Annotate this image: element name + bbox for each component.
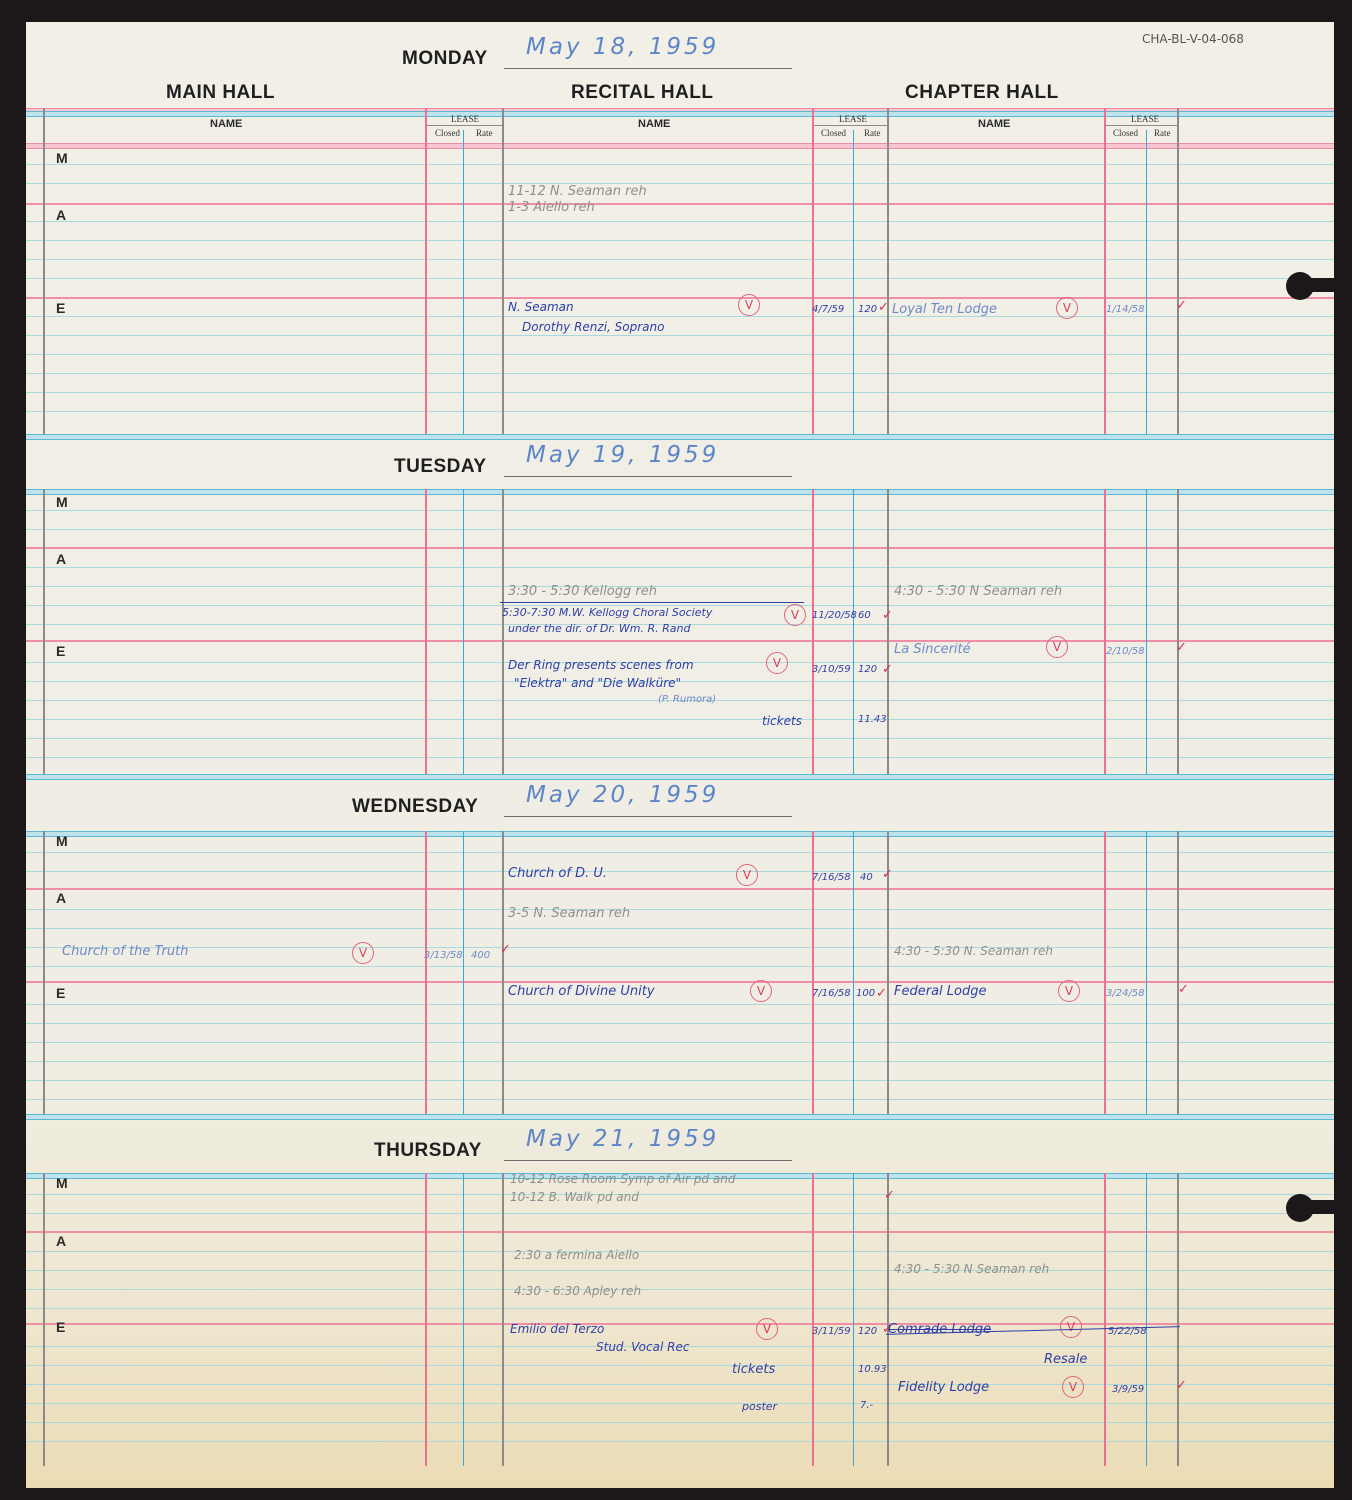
ruling-line — [26, 1323, 1334, 1325]
ruling-line — [26, 1114, 1334, 1120]
column-line — [502, 108, 504, 434]
tick-icon: ✓ — [882, 662, 893, 677]
lease-rate-wed-recital-1: 40 — [860, 872, 873, 883]
ruling-line — [26, 719, 1334, 720]
ruling-line — [26, 1061, 1334, 1062]
tick-icon: ✓ — [878, 300, 889, 315]
date-line-wednesday: May 20, 1959 — [504, 788, 792, 817]
date-wednesday: May 20, 1959 — [526, 782, 719, 808]
ruling-line — [26, 871, 1334, 872]
column-line — [425, 108, 427, 434]
ruling-line — [26, 852, 1334, 853]
ruling-line — [26, 1042, 1334, 1043]
ruling-line — [26, 1231, 1334, 1233]
lease-closed-mon-recital: 4/7/59 — [812, 304, 844, 315]
date-line-thursday: May 21, 1959 — [504, 1132, 792, 1161]
ruling-line — [26, 1403, 1334, 1404]
period-a-thursday: A — [56, 1233, 66, 1249]
ruling-line — [26, 586, 1334, 587]
column-line — [43, 108, 45, 434]
ruling-line — [26, 278, 1334, 279]
ruling-line — [26, 1270, 1334, 1271]
ruling-line — [26, 1023, 1334, 1024]
lease-closed-thu-recital: 3/11/59 — [812, 1326, 851, 1337]
entry-tue-recital-3: Der Ring presents scenes from — [508, 658, 694, 672]
ruling-line — [26, 183, 1334, 184]
ruling-line — [26, 1194, 1334, 1195]
check-circle-icon: V — [750, 980, 772, 1002]
ruling-line — [26, 373, 1334, 374]
entry-wed-chapter-2: Federal Lodge — [894, 984, 986, 999]
entry-wed-recital-2: 3-5 N. Seaman reh — [508, 906, 630, 921]
ruling-line — [26, 1289, 1334, 1290]
entry-thu-recital-5: Emilio del Terzo — [510, 1322, 604, 1336]
column-line — [853, 831, 854, 1114]
entry-tue-chapter-2: La Sincerité — [894, 642, 971, 657]
column-line — [425, 1173, 427, 1466]
column-header-closed-recital: Closed — [821, 128, 846, 138]
ruling-line — [26, 567, 1334, 568]
check-circle-icon: V — [1060, 1316, 1082, 1338]
ruling-line — [26, 1213, 1334, 1214]
column-header-rate-main: Rate — [476, 128, 493, 138]
entry-mon-recital-3: N. Seaman — [508, 300, 574, 314]
tick-icon: ✓ — [500, 942, 511, 957]
lease-header-divider — [1106, 125, 1177, 126]
ruling-line — [26, 947, 1334, 948]
lease-rate-thu-recital: 120 — [858, 1326, 877, 1337]
ruling-line — [26, 510, 1334, 511]
column-header-lease-main: LEASE — [451, 114, 479, 124]
check-circle-icon: V — [736, 864, 758, 886]
column-line — [1104, 1173, 1106, 1466]
ruling-line — [26, 1004, 1334, 1005]
ruling-line — [26, 1422, 1334, 1423]
entry-thu-recital-tickets: tickets — [732, 1362, 775, 1377]
ruling-line — [26, 966, 1334, 967]
column-line — [1146, 831, 1147, 1114]
ruling-line — [26, 240, 1334, 241]
hall-title-main: MAIN HALL — [166, 82, 275, 104]
lease-header-divider — [814, 125, 887, 126]
ruling-line — [26, 1308, 1334, 1309]
period-m-thursday: M — [56, 1175, 68, 1191]
column-header-lease-recital: LEASE — [839, 114, 867, 124]
lease-rate-thu-tickets: 10.93 — [858, 1364, 887, 1375]
entry-tue-chapter-1: 4:30 - 5:30 N Seaman reh — [894, 584, 1062, 599]
period-a-wednesday: A — [56, 890, 66, 906]
column-line — [887, 1173, 889, 1466]
column-line — [463, 831, 464, 1114]
reference-number: CHA-BL-V-04-068 — [1142, 32, 1244, 46]
period-m-wednesday: M — [56, 833, 68, 849]
lease-rate-tue-recital-1: 60 — [858, 610, 871, 621]
column-header-lease-chapter: LEASE — [1131, 114, 1159, 124]
entry-mon-recital-2: 1-3 Aiello reh — [508, 200, 595, 215]
tick-icon: ✓ — [1176, 640, 1187, 655]
check-circle-icon: V — [756, 1318, 778, 1340]
ruling-line — [26, 297, 1334, 299]
ruling-line — [26, 143, 1334, 149]
entry-wed-main-1: Church of the Truth — [62, 944, 188, 959]
binder-slot — [1304, 1200, 1334, 1214]
entry-thu-chapter-1: 4:30 - 5:30 N Seaman reh — [894, 1262, 1049, 1276]
check-circle-icon: V — [766, 652, 788, 674]
tick-icon: ✓ — [876, 986, 887, 1001]
column-header-rate-recital: Rate — [864, 128, 881, 138]
entry-wed-chapter-1: 4:30 - 5:30 N. Seaman reh — [894, 944, 1053, 958]
column-line — [887, 108, 889, 434]
period-e-thursday: E — [56, 1319, 65, 1335]
ruling-line — [26, 1251, 1334, 1252]
ruling-line — [26, 888, 1334, 890]
lease-rate-wed-recital-2: 100 — [856, 988, 875, 999]
column-line — [1177, 1173, 1179, 1466]
lease-rate-mon-recital: 120 — [858, 304, 877, 315]
column-header-name-recital: NAME — [638, 118, 670, 130]
ruling-line — [26, 774, 1334, 780]
hall-title-chapter: CHAPTER HALL — [905, 82, 1059, 104]
check-circle-icon: V — [1058, 980, 1080, 1002]
day-label-thursday: THURSDAY — [374, 1140, 482, 1162]
column-line — [502, 489, 504, 774]
ruling-line — [26, 489, 1334, 495]
entry-wed-recital-3: Church of Divine Unity — [508, 984, 655, 999]
column-line — [463, 130, 464, 434]
entry-tue-recital-3-detail: "Elektra" and "Die Walküre" — [514, 676, 681, 690]
column-line — [1177, 489, 1179, 774]
ruling-line — [26, 1099, 1334, 1100]
entry-thu-chapter-3: Fidelity Lodge — [898, 1380, 989, 1395]
lease-rate-thu-poster: 7.- — [860, 1400, 873, 1411]
ruling-line — [26, 316, 1334, 317]
lease-rate-wed-main: 400 — [471, 950, 490, 961]
column-line — [43, 831, 45, 1114]
column-line — [812, 108, 814, 434]
hall-title-recital: RECITAL HALL — [571, 82, 714, 104]
period-e-tuesday: E — [56, 643, 65, 659]
ruling-line — [26, 547, 1334, 549]
entry-mon-recital-3-detail: Dorothy Renzi, Soprano — [522, 320, 664, 334]
ruling-line — [26, 909, 1334, 910]
lease-closed-wed-recital-2: 7/16/58 — [812, 988, 851, 999]
column-line — [1146, 1173, 1147, 1466]
column-line — [1146, 130, 1147, 434]
tick-icon: ✓ — [884, 1188, 895, 1203]
ruling-line — [26, 529, 1334, 530]
ruling-line — [26, 928, 1334, 929]
period-e-monday: E — [56, 300, 65, 316]
date-tuesday: May 19, 1959 — [526, 442, 719, 468]
column-line — [502, 831, 504, 1114]
check-circle-icon: V — [738, 294, 760, 316]
column-header-name-chapter: NAME — [978, 118, 1010, 130]
column-line — [43, 1173, 45, 1466]
lease-closed-tue-chapter: 2/10/58 — [1106, 646, 1145, 657]
check-circle-icon: V — [784, 604, 806, 626]
ruling-line — [26, 1365, 1334, 1366]
lease-rate-tue-tickets: 11.43 — [858, 714, 887, 725]
date-thursday: May 21, 1959 — [526, 1126, 719, 1152]
entry-tue-recital-2: 5:30-7:30 M.W. Kellogg Choral Society — [502, 606, 712, 619]
entry-thu-recital-poster: poster — [742, 1400, 777, 1413]
day-label-monday: MONDAY — [402, 48, 488, 70]
ruling-line — [26, 981, 1334, 983]
column-line — [1177, 108, 1179, 434]
column-line — [812, 1173, 814, 1466]
tick-icon: ✓ — [882, 867, 893, 882]
entry-thu-recital-2: 10-12 B. Walk pd and — [510, 1190, 639, 1204]
check-circle-icon: V — [1062, 1376, 1084, 1398]
binder-slot — [1304, 278, 1334, 292]
column-line — [43, 489, 45, 774]
entry-thu-recital-1: 10-12 Rose Room Symp of Air pd and — [510, 1172, 735, 1186]
check-circle-icon: V — [1056, 297, 1078, 319]
ruling-line — [26, 411, 1334, 412]
period-m-tuesday: M — [56, 494, 68, 510]
separator-line — [500, 602, 804, 603]
ruling-line — [26, 354, 1334, 355]
ruling-line — [26, 335, 1334, 336]
ruling-line — [26, 831, 1334, 837]
tick-icon: ✓ — [1176, 298, 1187, 313]
lease-closed-tue-recital-1: 11/20/58 — [812, 610, 857, 621]
tick-icon: ✓ — [882, 608, 893, 623]
ruling-line — [26, 434, 1334, 440]
column-line — [463, 1173, 464, 1466]
ruling-line — [26, 757, 1334, 758]
lease-closed-thu-chapter-2: 3/9/59 — [1112, 1384, 1144, 1395]
lease-closed-wed-chapter: 3/24/58 — [1106, 988, 1145, 999]
column-line — [502, 1173, 504, 1466]
entry-thu-recital-4: 4:30 - 6:30 Apley reh — [514, 1284, 641, 1298]
entry-thu-chapter-2-struck: Comrade Lodge — [888, 1322, 991, 1337]
date-line-tuesday: May 19, 1959 — [504, 448, 792, 477]
day-label-tuesday: TUESDAY — [394, 456, 487, 478]
column-header-closed-main: Closed — [435, 128, 460, 138]
column-line — [812, 489, 814, 774]
column-line — [853, 1173, 854, 1466]
ruling-line — [26, 392, 1334, 393]
day-label-wednesday: WEDNESDAY — [352, 796, 478, 818]
ruling-line — [26, 1080, 1334, 1081]
column-line — [1177, 831, 1179, 1114]
column-line — [887, 489, 889, 774]
ruling-line — [26, 259, 1334, 260]
entry-wed-recital-1: Church of D. U. — [508, 866, 607, 881]
entry-tue-recital-2-detail: under the dir. of Dr. Wm. R. Rand — [508, 622, 690, 635]
lease-header-divider — [427, 125, 502, 126]
lease-closed-mon-chapter: 1/14/58 — [1106, 304, 1145, 315]
lease-closed-tue-recital-2: 3/10/59 — [812, 664, 851, 675]
check-circle-icon: V — [352, 942, 374, 964]
column-line — [1104, 108, 1106, 434]
ruling-line — [26, 640, 1334, 642]
column-line — [1104, 489, 1106, 774]
column-header-name-main: NAME — [210, 118, 242, 130]
date-monday: May 18, 1959 — [526, 34, 719, 60]
ruling-line — [26, 221, 1334, 222]
entry-mon-recital-1: 11-12 N. Seaman reh — [508, 184, 647, 199]
column-line — [1146, 489, 1147, 774]
entry-tue-recital-1: 3:30 - 5:30 Kellogg reh — [508, 584, 657, 599]
entry-thu-chapter-resale: Resale — [1044, 1352, 1087, 1367]
entry-thu-recital-5-detail: Stud. Vocal Rec — [596, 1340, 689, 1354]
column-line — [853, 130, 854, 434]
entry-mon-chapter-1: Loyal Ten Lodge — [892, 302, 997, 317]
ruling-line — [26, 164, 1334, 165]
tick-icon: ✓ — [1178, 982, 1189, 997]
entry-tue-recital-tickets: tickets — [762, 714, 802, 728]
ruling-line — [26, 1441, 1334, 1442]
column-header-rate-chapter: Rate — [1154, 128, 1171, 138]
column-line — [1104, 831, 1106, 1114]
lease-closed-wed-main: 3/13/58 — [424, 950, 463, 961]
column-line — [425, 489, 427, 774]
tick-icon: ✓ — [1176, 1378, 1187, 1393]
lease-closed-wed-recital-1: 7/16/58 — [812, 872, 851, 883]
entry-tue-recital-3-note: (P. Rumora) — [658, 694, 716, 705]
ledger-page: CHA-BL-V-04-068 MAIN HALL RECITAL HALL C… — [26, 22, 1334, 1488]
period-a-tuesday: A — [56, 551, 66, 567]
period-a-monday: A — [56, 207, 66, 223]
ruling-line — [26, 203, 1334, 205]
date-line-monday: May 18, 1959 — [504, 40, 792, 69]
column-line — [853, 489, 854, 774]
period-e-wednesday: E — [56, 985, 65, 1001]
entry-thu-recital-3: 2:30 a fermina Aiello — [514, 1248, 639, 1262]
ruling-line — [26, 738, 1334, 739]
column-header-closed-chapter: Closed — [1113, 128, 1138, 138]
column-line — [425, 831, 427, 1114]
lease-rate-tue-recital-2: 120 — [858, 664, 877, 675]
period-m-monday: M — [56, 150, 68, 166]
column-line — [463, 489, 464, 774]
check-circle-icon: V — [1046, 636, 1068, 658]
